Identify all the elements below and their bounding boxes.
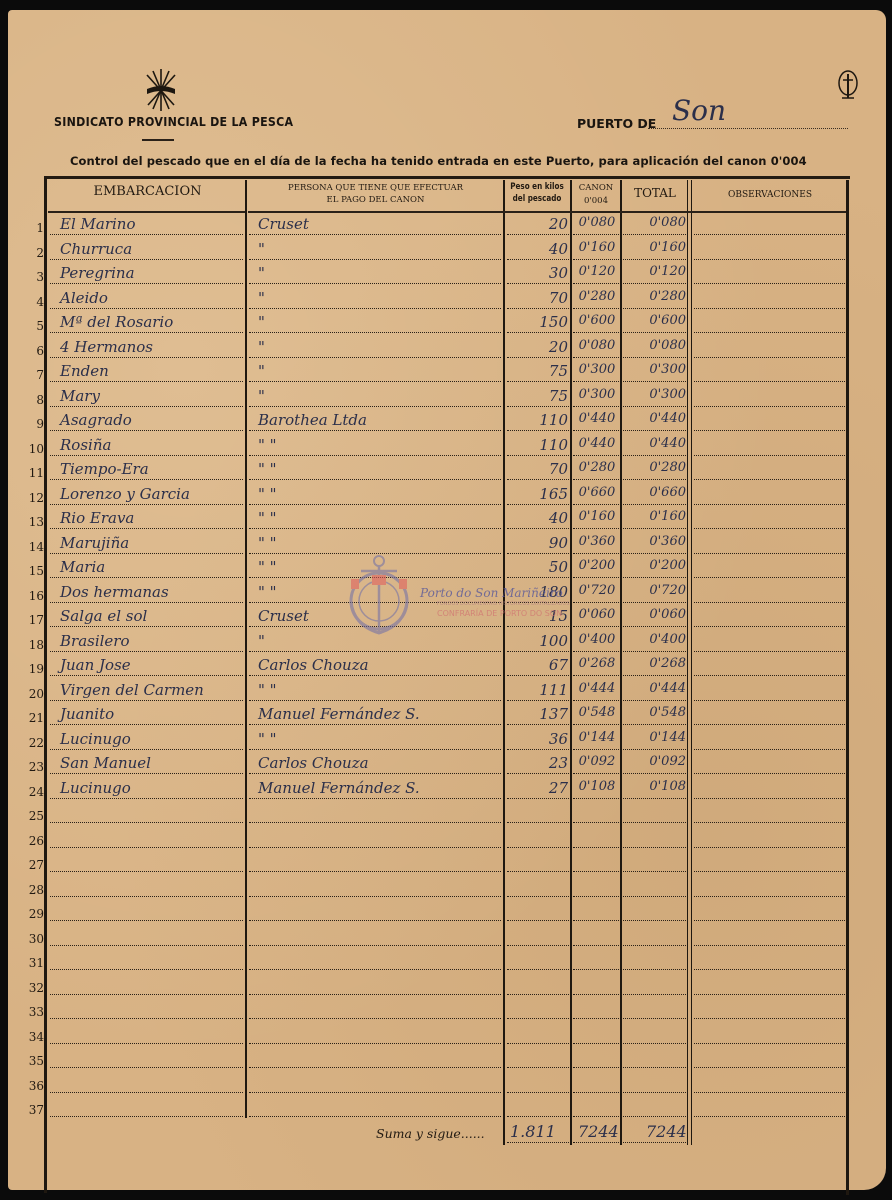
row-rule bbox=[573, 406, 619, 407]
cell-embarcacion[interactable]: Lorenzo y Garcia bbox=[60, 485, 190, 503]
cell-peso[interactable]: 23 bbox=[504, 754, 568, 772]
row-rule bbox=[623, 724, 686, 725]
row-rule bbox=[50, 283, 243, 284]
sum-canon: 7244 bbox=[578, 1122, 619, 1141]
row-rule bbox=[573, 430, 619, 431]
cell-peso[interactable]: 30 bbox=[504, 264, 568, 282]
cell-canon[interactable]: 0'444 bbox=[574, 681, 620, 696]
row-rule bbox=[249, 1116, 501, 1117]
cell-total[interactable]: 0'548 bbox=[624, 705, 686, 720]
table-row: 34 bbox=[0, 1021, 892, 1046]
cell-embarcacion[interactable]: San Manuel bbox=[60, 754, 151, 772]
table-row: 8Mary"750'3000'300 bbox=[0, 384, 892, 409]
cell-peso[interactable]: 50 bbox=[504, 558, 568, 576]
cell-peso[interactable]: 75 bbox=[504, 387, 568, 405]
cell-persona[interactable]: Cruset bbox=[258, 215, 309, 233]
table-row: 5Mª del Rosario"1500'6000'600 bbox=[0, 310, 892, 335]
row-rule bbox=[249, 675, 501, 676]
sum-total: 7244 bbox=[646, 1122, 687, 1141]
row-rule bbox=[249, 479, 501, 480]
row-rule bbox=[249, 651, 501, 652]
cell-canon[interactable]: 0'080 bbox=[574, 215, 620, 230]
cell-persona[interactable]: Barothea Ltda bbox=[258, 411, 367, 429]
row-rule bbox=[50, 626, 243, 627]
table-row: 31 bbox=[0, 947, 892, 972]
row-rule bbox=[623, 773, 686, 774]
row-rule bbox=[694, 822, 845, 823]
cell-peso[interactable]: 40 bbox=[504, 240, 568, 258]
table-row: 33 bbox=[0, 996, 892, 1021]
cell-canon[interactable]: 0'108 bbox=[574, 779, 620, 794]
row-rule bbox=[623, 1092, 686, 1093]
row-rule bbox=[573, 553, 619, 554]
row-number: 11 bbox=[24, 466, 44, 480]
cell-total[interactable]: 0'120 bbox=[624, 264, 686, 279]
row-rule bbox=[573, 847, 619, 848]
row-rule bbox=[573, 724, 619, 725]
cell-persona[interactable]: " bbox=[258, 264, 265, 282]
row-rule bbox=[694, 651, 845, 652]
cell-persona[interactable]: " " bbox=[258, 558, 277, 576]
cell-peso[interactable]: 70 bbox=[504, 460, 568, 478]
col-header-observaciones: OBSERVACIONES bbox=[694, 190, 846, 200]
cell-persona[interactable]: " " bbox=[258, 460, 277, 478]
table-row: 29 bbox=[0, 898, 892, 923]
cell-canon[interactable]: 0'160 bbox=[574, 509, 620, 524]
row-rule bbox=[573, 1018, 619, 1019]
row-rule bbox=[623, 749, 686, 750]
table-row: 22Lucinugo" "360'1440'144 bbox=[0, 727, 892, 752]
organization-title: SINDICATO PROVINCIAL DE LA PESCA bbox=[54, 115, 293, 129]
row-rule bbox=[573, 602, 619, 603]
row-number: 10 bbox=[24, 442, 44, 456]
col-header-total: TOTAL bbox=[622, 186, 688, 200]
col-header-peso: Peso en kilos del pescado bbox=[509, 181, 565, 205]
cell-embarcacion[interactable]: Lucinugo bbox=[60, 779, 131, 797]
row-rule bbox=[694, 1043, 845, 1044]
cell-embarcacion[interactable]: Mary bbox=[60, 387, 100, 405]
row-rule bbox=[507, 871, 569, 872]
cell-embarcacion[interactable]: Enden bbox=[60, 362, 109, 380]
cell-total[interactable]: 0'360 bbox=[624, 534, 686, 549]
cell-embarcacion[interactable]: Salga el sol bbox=[60, 607, 147, 625]
cell-canon[interactable]: 0'360 bbox=[574, 534, 620, 549]
row-rule bbox=[623, 577, 686, 578]
row-rule bbox=[573, 479, 619, 480]
row-rule bbox=[507, 626, 569, 627]
row-rule bbox=[694, 528, 845, 529]
row-number: 34 bbox=[24, 1030, 44, 1044]
cell-canon[interactable]: 0'092 bbox=[574, 754, 620, 769]
row-rule bbox=[694, 283, 845, 284]
row-rule bbox=[249, 1043, 501, 1044]
cell-persona[interactable]: " " bbox=[258, 583, 277, 601]
cell-peso[interactable]: 75 bbox=[504, 362, 568, 380]
row-rule bbox=[573, 626, 619, 627]
row-rule bbox=[507, 357, 569, 358]
cell-embarcacion[interactable]: Juanito bbox=[60, 705, 114, 723]
row-rule bbox=[573, 357, 619, 358]
row-number: 27 bbox=[24, 858, 44, 872]
cell-embarcacion[interactable]: Rosiña bbox=[60, 436, 111, 454]
cell-peso[interactable]: 67 bbox=[504, 656, 568, 674]
cell-canon[interactable]: 0'440 bbox=[574, 436, 620, 451]
cell-canon[interactable]: 0'200 bbox=[574, 558, 620, 573]
row-number: 32 bbox=[24, 981, 44, 995]
row-rule bbox=[249, 969, 501, 970]
cell-peso[interactable]: 27 bbox=[504, 779, 568, 797]
cell-persona[interactable]: Manuel Fernández S. bbox=[258, 705, 420, 723]
row-rule bbox=[623, 945, 686, 946]
cell-total[interactable]: 0'600 bbox=[624, 313, 686, 328]
row-rule bbox=[249, 1018, 501, 1019]
row-number: 15 bbox=[24, 564, 44, 578]
row-rule bbox=[507, 675, 569, 676]
cell-persona[interactable]: " " bbox=[258, 509, 277, 527]
row-rule bbox=[694, 1018, 845, 1019]
row-rule bbox=[573, 675, 619, 676]
row-rule bbox=[694, 675, 845, 676]
row-rule bbox=[50, 675, 243, 676]
row-rule bbox=[249, 847, 501, 848]
row-rule bbox=[623, 651, 686, 652]
cell-total[interactable]: 0'108 bbox=[624, 779, 686, 794]
row-number: 22 bbox=[24, 736, 44, 750]
row-rule bbox=[694, 381, 845, 382]
cell-embarcacion[interactable]: Rio Erava bbox=[60, 509, 134, 527]
row-rule bbox=[623, 1043, 686, 1044]
cell-canon[interactable]: 0'300 bbox=[574, 362, 620, 377]
cell-peso[interactable]: 111 bbox=[504, 681, 568, 699]
col-header-persona-line2: EL PAGO DEL CANON bbox=[248, 194, 503, 206]
cell-canon[interactable]: 0'720 bbox=[574, 583, 620, 598]
cell-peso[interactable]: 20 bbox=[504, 215, 568, 233]
cell-peso[interactable]: 20 bbox=[504, 338, 568, 356]
cell-peso[interactable]: 150 bbox=[504, 313, 568, 331]
cell-embarcacion[interactable]: Peregrina bbox=[60, 264, 135, 282]
row-rule bbox=[623, 871, 686, 872]
row-rule bbox=[50, 945, 243, 946]
cell-canon[interactable]: 0'160 bbox=[574, 240, 620, 255]
col-header-peso-line1: Peso en kilos bbox=[509, 181, 565, 193]
cell-canon[interactable]: 0'144 bbox=[574, 730, 620, 745]
row-rule bbox=[573, 700, 619, 701]
cell-peso[interactable]: 36 bbox=[504, 730, 568, 748]
cell-peso[interactable]: 165 bbox=[504, 485, 568, 503]
cell-canon[interactable]: 0'600 bbox=[574, 313, 620, 328]
row-rule bbox=[507, 700, 569, 701]
row-number: 12 bbox=[24, 491, 44, 505]
cell-persona[interactable]: " bbox=[258, 240, 265, 258]
row-rule bbox=[573, 945, 619, 946]
cell-embarcacion[interactable]: Mª del Rosario bbox=[60, 313, 173, 331]
row-number: 29 bbox=[24, 907, 44, 921]
cell-persona[interactable]: " " bbox=[258, 534, 277, 552]
cell-persona[interactable]: " bbox=[258, 338, 265, 356]
cell-peso[interactable]: 137 bbox=[504, 705, 568, 723]
port-value[interactable]: Son bbox=[672, 94, 726, 127]
row-rule bbox=[249, 896, 501, 897]
cell-total[interactable]: 0'660 bbox=[624, 485, 686, 500]
row-rule bbox=[507, 1018, 569, 1019]
cell-embarcacion[interactable]: Lucinugo bbox=[60, 730, 131, 748]
row-rule bbox=[573, 528, 619, 529]
cell-total[interactable]: 0'300 bbox=[624, 362, 686, 377]
row-rule bbox=[694, 1116, 845, 1117]
cell-total[interactable]: 0'444 bbox=[624, 681, 686, 696]
row-rule bbox=[623, 1018, 686, 1019]
row-rule bbox=[694, 773, 845, 774]
cell-persona[interactable]: " bbox=[258, 387, 265, 405]
row-rule bbox=[694, 700, 845, 701]
sum-label: Suma y sigue...... bbox=[376, 1126, 485, 1141]
row-rule bbox=[50, 651, 243, 652]
row-number: 14 bbox=[24, 540, 44, 554]
row-rule bbox=[507, 308, 569, 309]
cell-peso[interactable]: 100 bbox=[504, 632, 568, 650]
col-header-embarcacion: EMBARCACION bbox=[50, 184, 245, 199]
row-rule bbox=[507, 724, 569, 725]
row-rule bbox=[694, 1092, 845, 1093]
cell-canon[interactable]: 0'060 bbox=[574, 607, 620, 622]
table-row: 11Tiempo-Era" "700'2800'280 bbox=[0, 457, 892, 482]
cell-peso[interactable]: 110 bbox=[504, 411, 568, 429]
row-rule bbox=[694, 406, 845, 407]
table-row: 20Virgen del Carmen" "1110'4440'444 bbox=[0, 678, 892, 703]
row-rule bbox=[623, 479, 686, 480]
col-header-canon-line2: 0'004 bbox=[572, 195, 620, 208]
table-row: 32 bbox=[0, 972, 892, 997]
col-header-peso-line2: del pescado bbox=[509, 193, 565, 205]
row-number: 9 bbox=[24, 417, 44, 431]
cell-total[interactable]: 0'720 bbox=[624, 583, 686, 598]
seal-emblem-icon bbox=[836, 68, 860, 104]
row-rule bbox=[50, 479, 243, 480]
row-rule bbox=[694, 969, 845, 970]
cell-persona[interactable]: " " bbox=[258, 485, 277, 503]
cell-persona[interactable]: " bbox=[258, 313, 265, 331]
cell-canon[interactable]: 0'268 bbox=[574, 656, 620, 671]
row-rule bbox=[623, 969, 686, 970]
cell-total[interactable]: 0'060 bbox=[624, 607, 686, 622]
cell-canon[interactable]: 0'400 bbox=[574, 632, 620, 647]
sum-peso: 1.811 bbox=[510, 1122, 556, 1141]
cell-total[interactable]: 0'080 bbox=[624, 215, 686, 230]
row-rule bbox=[623, 920, 686, 921]
cell-total[interactable]: 0'280 bbox=[624, 460, 686, 475]
cell-persona[interactable]: Carlos Chouza bbox=[258, 754, 369, 772]
row-number: 23 bbox=[24, 760, 44, 774]
row-rule bbox=[50, 602, 243, 603]
cell-total[interactable]: 0'160 bbox=[624, 509, 686, 524]
cell-canon[interactable]: 0'280 bbox=[574, 460, 620, 475]
row-rule bbox=[623, 381, 686, 382]
row-rule bbox=[249, 749, 501, 750]
table-row: 19Juan JoseCarlos Chouza670'2680'268 bbox=[0, 653, 892, 678]
table-row: 28 bbox=[0, 874, 892, 899]
row-rule bbox=[694, 1067, 845, 1068]
row-rule bbox=[694, 871, 845, 872]
row-rule bbox=[694, 234, 845, 235]
row-rule bbox=[507, 994, 569, 995]
row-rule bbox=[50, 969, 243, 970]
row-rule bbox=[623, 357, 686, 358]
cell-embarcacion[interactable]: Churruca bbox=[60, 240, 132, 258]
row-rule bbox=[694, 430, 845, 431]
row-rule bbox=[50, 455, 243, 456]
row-rule bbox=[50, 357, 243, 358]
cell-total[interactable]: 0'440 bbox=[624, 436, 686, 451]
cell-canon[interactable]: 0'080 bbox=[574, 338, 620, 353]
cell-embarcacion[interactable]: Aleido bbox=[60, 289, 108, 307]
row-rule bbox=[249, 455, 501, 456]
cell-persona[interactable]: Manuel Fernández S. bbox=[258, 779, 420, 797]
cell-canon[interactable]: 0'280 bbox=[574, 289, 620, 304]
cell-embarcacion[interactable]: El Marino bbox=[60, 215, 135, 233]
row-rule bbox=[623, 308, 686, 309]
row-rule bbox=[249, 1092, 501, 1093]
row-rule bbox=[694, 332, 845, 333]
row-number: 24 bbox=[24, 785, 44, 799]
cell-persona[interactable]: " " bbox=[258, 730, 277, 748]
cell-peso[interactable]: 70 bbox=[504, 289, 568, 307]
row-rule bbox=[249, 528, 501, 529]
cell-canon[interactable]: 0'300 bbox=[574, 387, 620, 402]
row-number: 6 bbox=[24, 344, 44, 358]
row-rule bbox=[573, 381, 619, 382]
cell-embarcacion[interactable]: Dos hermanas bbox=[60, 583, 169, 601]
row-rule bbox=[507, 504, 569, 505]
cell-embarcacion[interactable]: Virgen del Carmen bbox=[60, 681, 204, 699]
row-rule bbox=[623, 259, 686, 260]
cell-canon[interactable]: 0'120 bbox=[574, 264, 620, 279]
row-rule bbox=[249, 381, 501, 382]
cell-total[interactable]: 0'160 bbox=[624, 240, 686, 255]
row-rule bbox=[623, 798, 686, 799]
row-rule bbox=[623, 626, 686, 627]
cell-canon[interactable]: 0'548 bbox=[574, 705, 620, 720]
row-number: 3 bbox=[24, 270, 44, 284]
cell-total[interactable]: 0'200 bbox=[624, 558, 686, 573]
row-rule bbox=[507, 455, 569, 456]
row-rule bbox=[249, 822, 501, 823]
cell-persona[interactable]: " bbox=[258, 362, 265, 380]
sum-rule bbox=[623, 1142, 686, 1143]
cell-embarcacion[interactable]: Asagrado bbox=[60, 411, 132, 429]
cell-canon[interactable]: 0'660 bbox=[574, 485, 620, 500]
row-rule bbox=[694, 798, 845, 799]
row-rule bbox=[623, 602, 686, 603]
row-rule bbox=[573, 1116, 619, 1117]
row-rule bbox=[573, 994, 619, 995]
row-number: 36 bbox=[24, 1079, 44, 1093]
cell-persona[interactable]: Carlos Chouza bbox=[258, 656, 369, 674]
cell-persona[interactable]: " bbox=[258, 632, 265, 650]
row-rule bbox=[573, 259, 619, 260]
row-rule bbox=[50, 920, 243, 921]
row-rule bbox=[507, 945, 569, 946]
row-rule bbox=[573, 504, 619, 505]
row-rule bbox=[507, 651, 569, 652]
row-rule bbox=[623, 994, 686, 995]
row-rule bbox=[623, 406, 686, 407]
row-rule bbox=[507, 847, 569, 848]
table-row: 21JuanitoManuel Fernández S.1370'5480'54… bbox=[0, 702, 892, 727]
cell-peso[interactable]: 90 bbox=[504, 534, 568, 552]
cell-embarcacion[interactable]: Juan Jose bbox=[60, 656, 131, 674]
row-rule bbox=[507, 773, 569, 774]
row-rule bbox=[507, 430, 569, 431]
cell-persona[interactable]: " bbox=[258, 289, 265, 307]
row-rule bbox=[623, 528, 686, 529]
row-number: 26 bbox=[24, 834, 44, 848]
row-rule bbox=[50, 896, 243, 897]
yoke-arrows-emblem-icon bbox=[141, 67, 181, 113]
cell-total[interactable]: 0'280 bbox=[624, 289, 686, 304]
cell-persona[interactable]: " " bbox=[258, 681, 277, 699]
row-rule bbox=[623, 504, 686, 505]
row-rule bbox=[573, 577, 619, 578]
row-rule bbox=[249, 332, 501, 333]
cell-embarcacion[interactable]: Marujiña bbox=[60, 534, 129, 552]
stamp-text-org: CONFRARÍA DE PORTO DO SON bbox=[437, 609, 562, 618]
cell-embarcacion[interactable]: Tiempo-Era bbox=[60, 460, 149, 478]
cell-persona[interactable]: " " bbox=[258, 436, 277, 454]
port-label: PUERTO DE bbox=[577, 116, 656, 131]
row-rule bbox=[573, 822, 619, 823]
row-rule bbox=[623, 332, 686, 333]
cell-total[interactable]: 0'300 bbox=[624, 387, 686, 402]
cell-total[interactable]: 0'268 bbox=[624, 656, 686, 671]
row-rule bbox=[694, 308, 845, 309]
cell-embarcacion[interactable]: 4 Hermanos bbox=[60, 338, 153, 356]
cell-total[interactable]: 0'144 bbox=[624, 730, 686, 745]
row-rule bbox=[623, 896, 686, 897]
cell-peso[interactable]: 40 bbox=[504, 509, 568, 527]
cell-total[interactable]: 0'092 bbox=[624, 754, 686, 769]
row-rule bbox=[573, 455, 619, 456]
row-rule bbox=[694, 994, 845, 995]
col-header-persona: PERSONA QUE TIENE QUE EFECTUAR EL PAGO D… bbox=[248, 182, 503, 206]
table-row: 25 bbox=[0, 800, 892, 825]
table-row: 2Churruca"400'1600'160 bbox=[0, 237, 892, 262]
cell-peso[interactable]: 110 bbox=[504, 436, 568, 454]
port-field-line bbox=[648, 128, 848, 129]
row-rule bbox=[507, 332, 569, 333]
table-row: 10Rosiña" "1100'4400'440 bbox=[0, 433, 892, 458]
table-row: 12Lorenzo y Garcia" "1650'6600'660 bbox=[0, 482, 892, 507]
cell-total[interactable]: 0'440 bbox=[624, 411, 686, 426]
row-rule bbox=[694, 455, 845, 456]
table-row: 36 bbox=[0, 1070, 892, 1095]
table-row: 9AsagradoBarothea Ltda1100'4400'440 bbox=[0, 408, 892, 433]
cell-canon[interactable]: 0'440 bbox=[574, 411, 620, 426]
row-rule bbox=[623, 847, 686, 848]
row-rule bbox=[507, 969, 569, 970]
cell-persona[interactable]: Cruset bbox=[258, 607, 309, 625]
cell-total[interactable]: 0'080 bbox=[624, 338, 686, 353]
row-rule bbox=[573, 749, 619, 750]
row-rule bbox=[573, 1067, 619, 1068]
table-row: 14Marujiña" "900'3600'360 bbox=[0, 531, 892, 556]
row-rule bbox=[50, 234, 243, 235]
row-rule bbox=[507, 920, 569, 921]
cell-embarcacion[interactable]: Brasilero bbox=[60, 632, 130, 650]
cell-total[interactable]: 0'400 bbox=[624, 632, 686, 647]
row-rule bbox=[573, 969, 619, 970]
row-rule bbox=[50, 798, 243, 799]
cell-embarcacion[interactable]: Maria bbox=[60, 558, 105, 576]
